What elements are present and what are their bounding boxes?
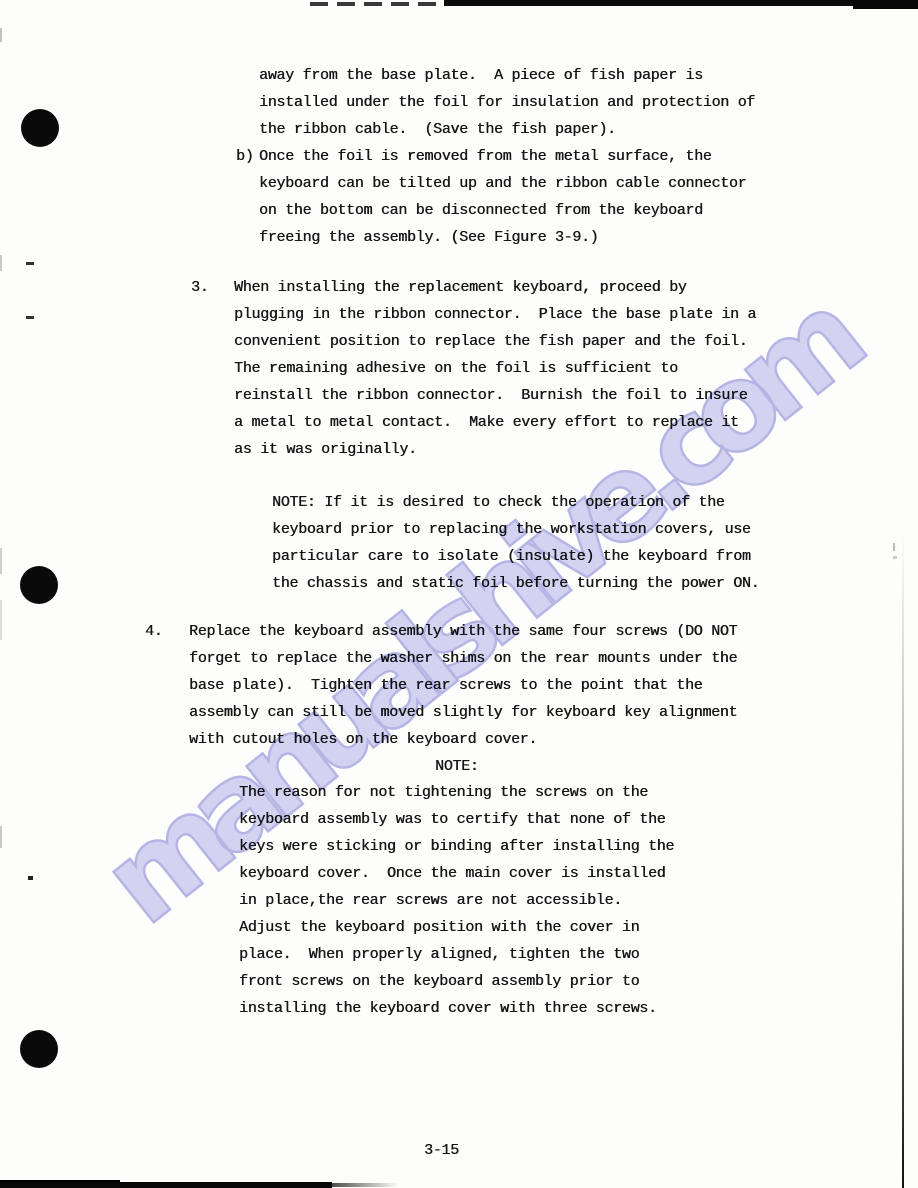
text-line: a metal to metal contact. Make every eff… (234, 409, 756, 436)
text-line: away from the base plate. A piece of fis… (259, 62, 755, 89)
text-line: place. When properly aligned, tighten th… (239, 941, 674, 968)
note-block-1: NOTE: If it is desired to check the oper… (272, 489, 759, 597)
margin-mark (28, 876, 33, 880)
margin-mark (893, 556, 897, 559)
item-3-label: 3. (191, 274, 208, 301)
note-2-heading: NOTE: (435, 753, 479, 780)
text-line: installing the keyboard cover with three… (239, 995, 674, 1022)
margin-mark (26, 316, 34, 319)
text-line: keyboard prior to replacing the workstat… (272, 516, 759, 543)
item-b-label: b) (236, 143, 253, 170)
text-line: When installing the replacement keyboard… (234, 274, 756, 301)
scanned-page: away from the base plate. A piece of fis… (0, 0, 918, 1188)
scan-artifact-left-edge (0, 826, 2, 848)
hole-punch-mark (21, 109, 59, 147)
text-line: Adjust the keyboard position with the co… (239, 914, 674, 941)
note-block-2: The reason for not tightening the screws… (239, 779, 674, 1022)
scan-artifact-left-edge (0, 28, 2, 42)
hole-punch-mark (20, 566, 58, 604)
text-line: keyboard assembly was to certify that no… (239, 806, 674, 833)
text-line: reinstall the ribbon connector. Burnish … (234, 382, 756, 409)
margin-mark (893, 543, 895, 551)
text-line: the chassis and static foil before turni… (272, 570, 759, 597)
text-line: The reason for not tightening the screws… (239, 779, 674, 806)
text-line: with cutout holes on the keyboard cover. (189, 726, 737, 753)
text-line: convenient position to replace the fish … (234, 328, 756, 355)
text-line: plugging in the ribbon connector. Place … (234, 301, 756, 328)
scan-artifact-top (310, 2, 446, 6)
margin-mark (26, 262, 34, 265)
text-line: keyboard cover. Once the main cover is i… (239, 860, 674, 887)
scan-artifact-top (853, 0, 918, 9)
scan-artifact-left-edge (0, 600, 2, 640)
text-line: The remaining adhesive on the foil is su… (234, 355, 756, 382)
text-line: front screws on the keyboard assembly pr… (239, 968, 674, 995)
text-line: forget to replace the washer shims on th… (189, 645, 737, 672)
text-line: keyboard can be tilted up and the ribbon… (259, 170, 746, 197)
scan-artifact-left-edge (0, 548, 2, 574)
scan-artifact-bottom (0, 1182, 332, 1188)
paragraph-3: When installing the replacement keyboard… (234, 274, 756, 463)
text-line: Replace the keyboard assembly with the s… (189, 618, 737, 645)
paragraph-b: Once the foil is removed from the metal … (259, 143, 746, 251)
page-number: 3-15 (424, 1137, 459, 1164)
text-line: freeing the assembly. (See Figure 3-9.) (259, 224, 746, 251)
text-line: installed under the foil for insulation … (259, 89, 755, 116)
text-line: on the bottom can be disconnected from t… (259, 197, 746, 224)
paragraph-4: Replace the keyboard assembly with the s… (189, 618, 737, 753)
hole-punch-mark (20, 1030, 58, 1068)
scan-artifact-right-edge (902, 530, 904, 1188)
scan-artifact-left-edge (0, 255, 2, 271)
text-line: Once the foil is removed from the metal … (259, 143, 746, 170)
scan-artifact-top (444, 0, 918, 6)
item-4-label: 4. (145, 618, 162, 645)
scan-artifact-bottom (332, 1183, 398, 1187)
paragraph-a-continuation: away from the base plate. A piece of fis… (259, 62, 755, 143)
text-line: NOTE: If it is desired to check the oper… (272, 489, 759, 516)
text-line: assembly can still be moved slightly for… (189, 699, 737, 726)
text-line: particular care to isolate (insulate) th… (272, 543, 759, 570)
text-line: keys were sticking or binding after inst… (239, 833, 674, 860)
text-line: the ribbon cable. (Save the fish paper). (259, 116, 755, 143)
text-line: as it was originally. (234, 436, 756, 463)
text-line: base plate). Tighten the rear screws to … (189, 672, 737, 699)
text-line: in place,the rear screws are not accessi… (239, 887, 674, 914)
